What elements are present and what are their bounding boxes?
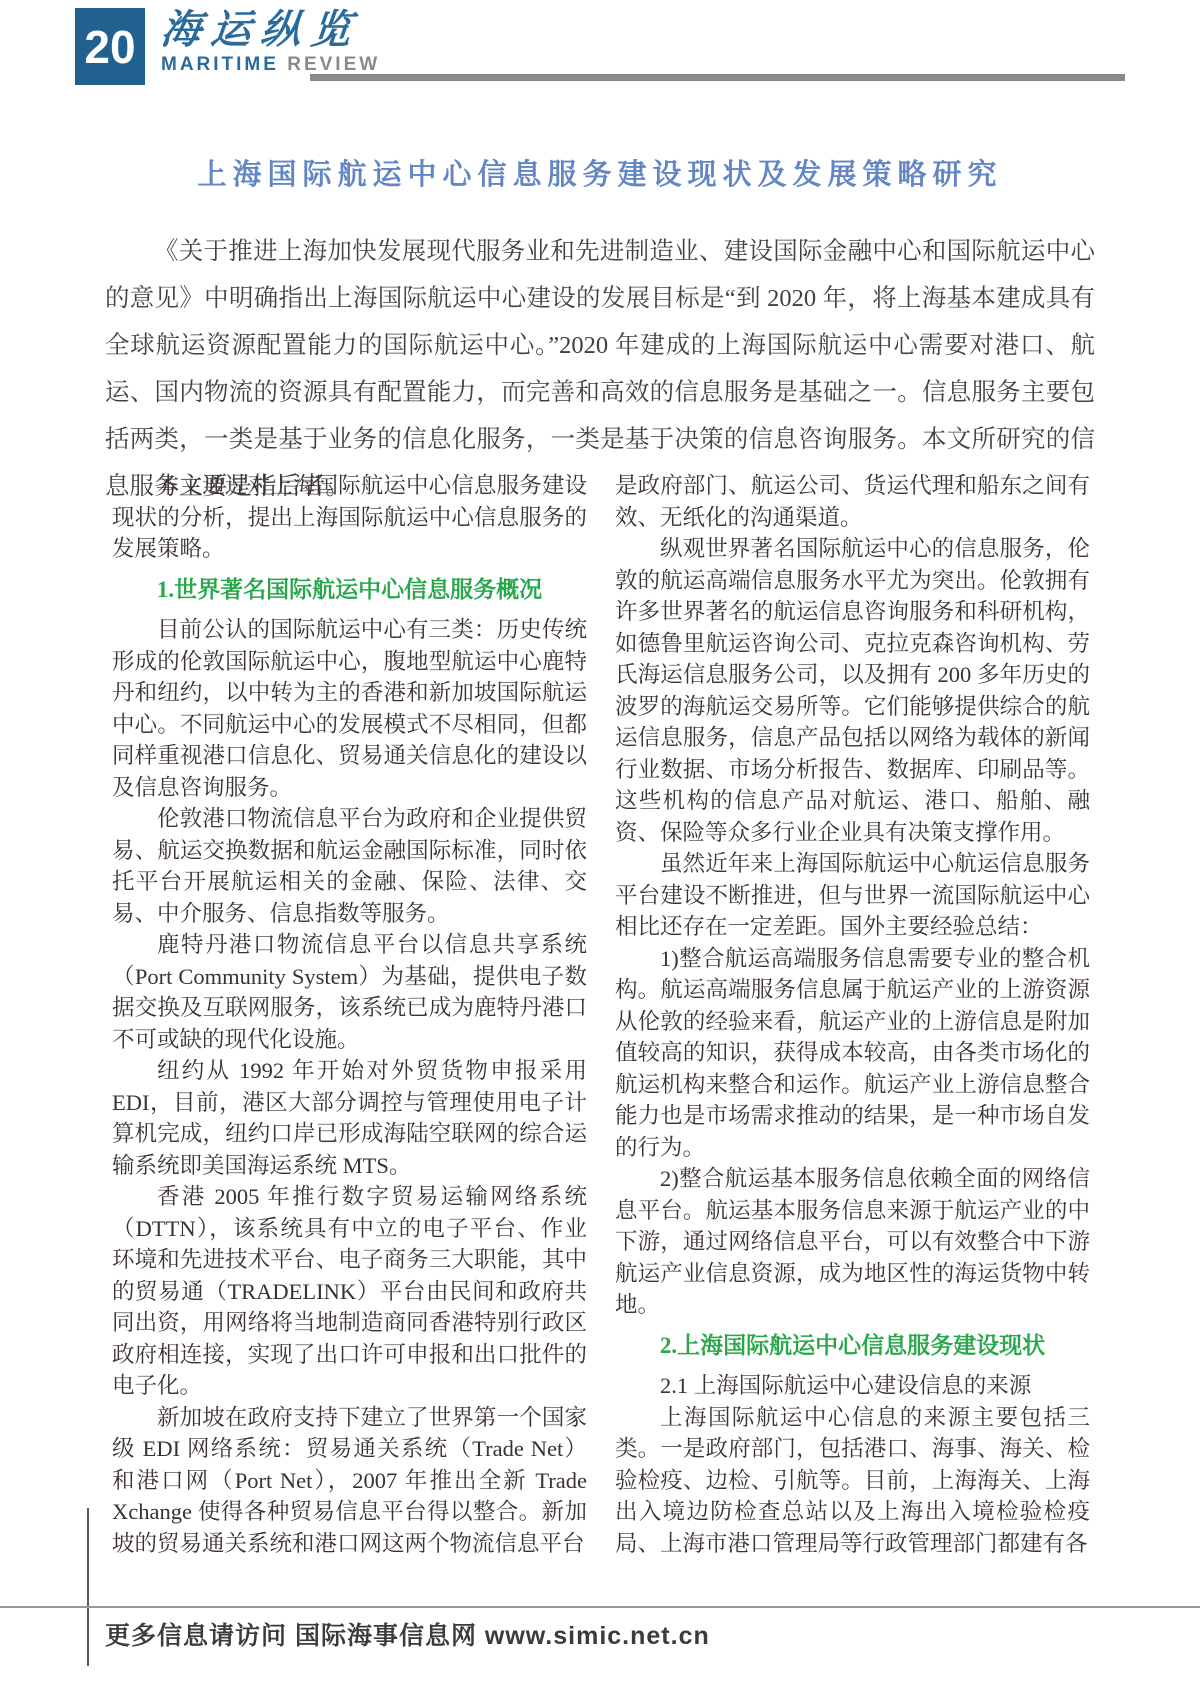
logo-english-secondary: REVIEW	[287, 54, 380, 75]
logo-english-primary: MARITIME	[161, 54, 279, 75]
paragraph: 伦敦港口物流信息平台为政府和企业提供贸易、航运交换数据和航运金融国际标准，同时依…	[112, 803, 587, 929]
paragraph-intro: 本文通过对上海国际航运中心信息服务建设现状的分析，提出上海国际航运中心信息服务的…	[112, 470, 587, 565]
paragraph: 2)整合航运基本服务信息依赖全面的网络信息平台。航运基本服务信息来源于航运产业的…	[615, 1163, 1090, 1321]
footer-note: 更多信息请访问 国际海事信息网 www.simic.net.cn	[105, 1616, 710, 1652]
magazine-logo-english: MARITIME REVIEW	[161, 54, 380, 76]
magazine-logo-chinese: 海运纵览	[159, 8, 383, 52]
paragraph: 鹿特丹港口物流信息平台以信息共享系统（Port Community System…	[112, 929, 587, 1055]
paragraph: 目前公认的国际航运中心有三类：历史传统形成的伦敦国际航运中心，腹地型航运中心鹿特…	[112, 614, 587, 803]
paragraph: 1)整合航运高端服务信息需要专业的整合机构。航运高端服务信息属于航运产业的上游资…	[615, 943, 1090, 1164]
article-body: 本文通过对上海国际航运中心信息服务建设现状的分析，提出上海国际航运中心信息服务的…	[112, 470, 1090, 1559]
page-number-badge: 20	[75, 8, 145, 85]
paragraph: 新加坡在政府支持下建立了世界第一个国家级 EDI 网络系统：贸易通关系统（Tra…	[112, 1402, 587, 1560]
footer-rule	[0, 1606, 1200, 1608]
header-rule	[310, 74, 1125, 81]
article-title: 上海国际航运中心信息服务建设现状及发展策略研究	[0, 152, 1200, 193]
section-heading-1: 1.世界著名国际航运中心信息服务概况	[112, 574, 587, 606]
paragraph-continuation: 是政府部门、航运公司、货运代理和船东之间有效、无纸化的沟通渠道。	[615, 470, 1090, 533]
paragraph: 纵观世界著名国际航运中心的信息服务，伦敦的航运高端信息服务水平尤为突出。伦敦拥有…	[615, 533, 1090, 848]
subsection-heading: 2.1 上海国际航运中心建设信息的来源	[615, 1370, 1090, 1402]
article-abstract: 《关于推进上海加快发展现代服务业和先进制造业、建设国际金融中心和国际航运中心的意…	[105, 228, 1095, 510]
paragraph: 上海国际航运中心信息的来源主要包括三类。一是政府部门，包括港口、海事、海关、检验…	[615, 1402, 1090, 1560]
right-column: 是政府部门、航运公司、货运代理和船东之间有效、无纸化的沟通渠道。 纵观世界著名国…	[615, 470, 1090, 1559]
magazine-logo: 海运纵览 MARITIME REVIEW	[161, 8, 380, 76]
paragraph: 纽约从 1992 年开始对外贸货物申报采用 EDI，目前，港区大部分调控与管理使…	[112, 1055, 587, 1181]
section-heading-2: 2.上海国际航运中心信息服务建设现状	[615, 1330, 1090, 1362]
left-margin-rule	[87, 1508, 89, 1666]
paragraph: 虽然近年来上海国际航运中心航运信息服务平台建设不断推进，但与世界一流国际航运中心…	[615, 848, 1090, 943]
paragraph: 香港 2005 年推行数字贸易运输网络系统（DTTN），该系统具有中立的电子平台…	[112, 1181, 587, 1402]
page-number: 20	[84, 20, 135, 74]
left-column: 本文通过对上海国际航运中心信息服务建设现状的分析，提出上海国际航运中心信息服务的…	[112, 470, 587, 1559]
